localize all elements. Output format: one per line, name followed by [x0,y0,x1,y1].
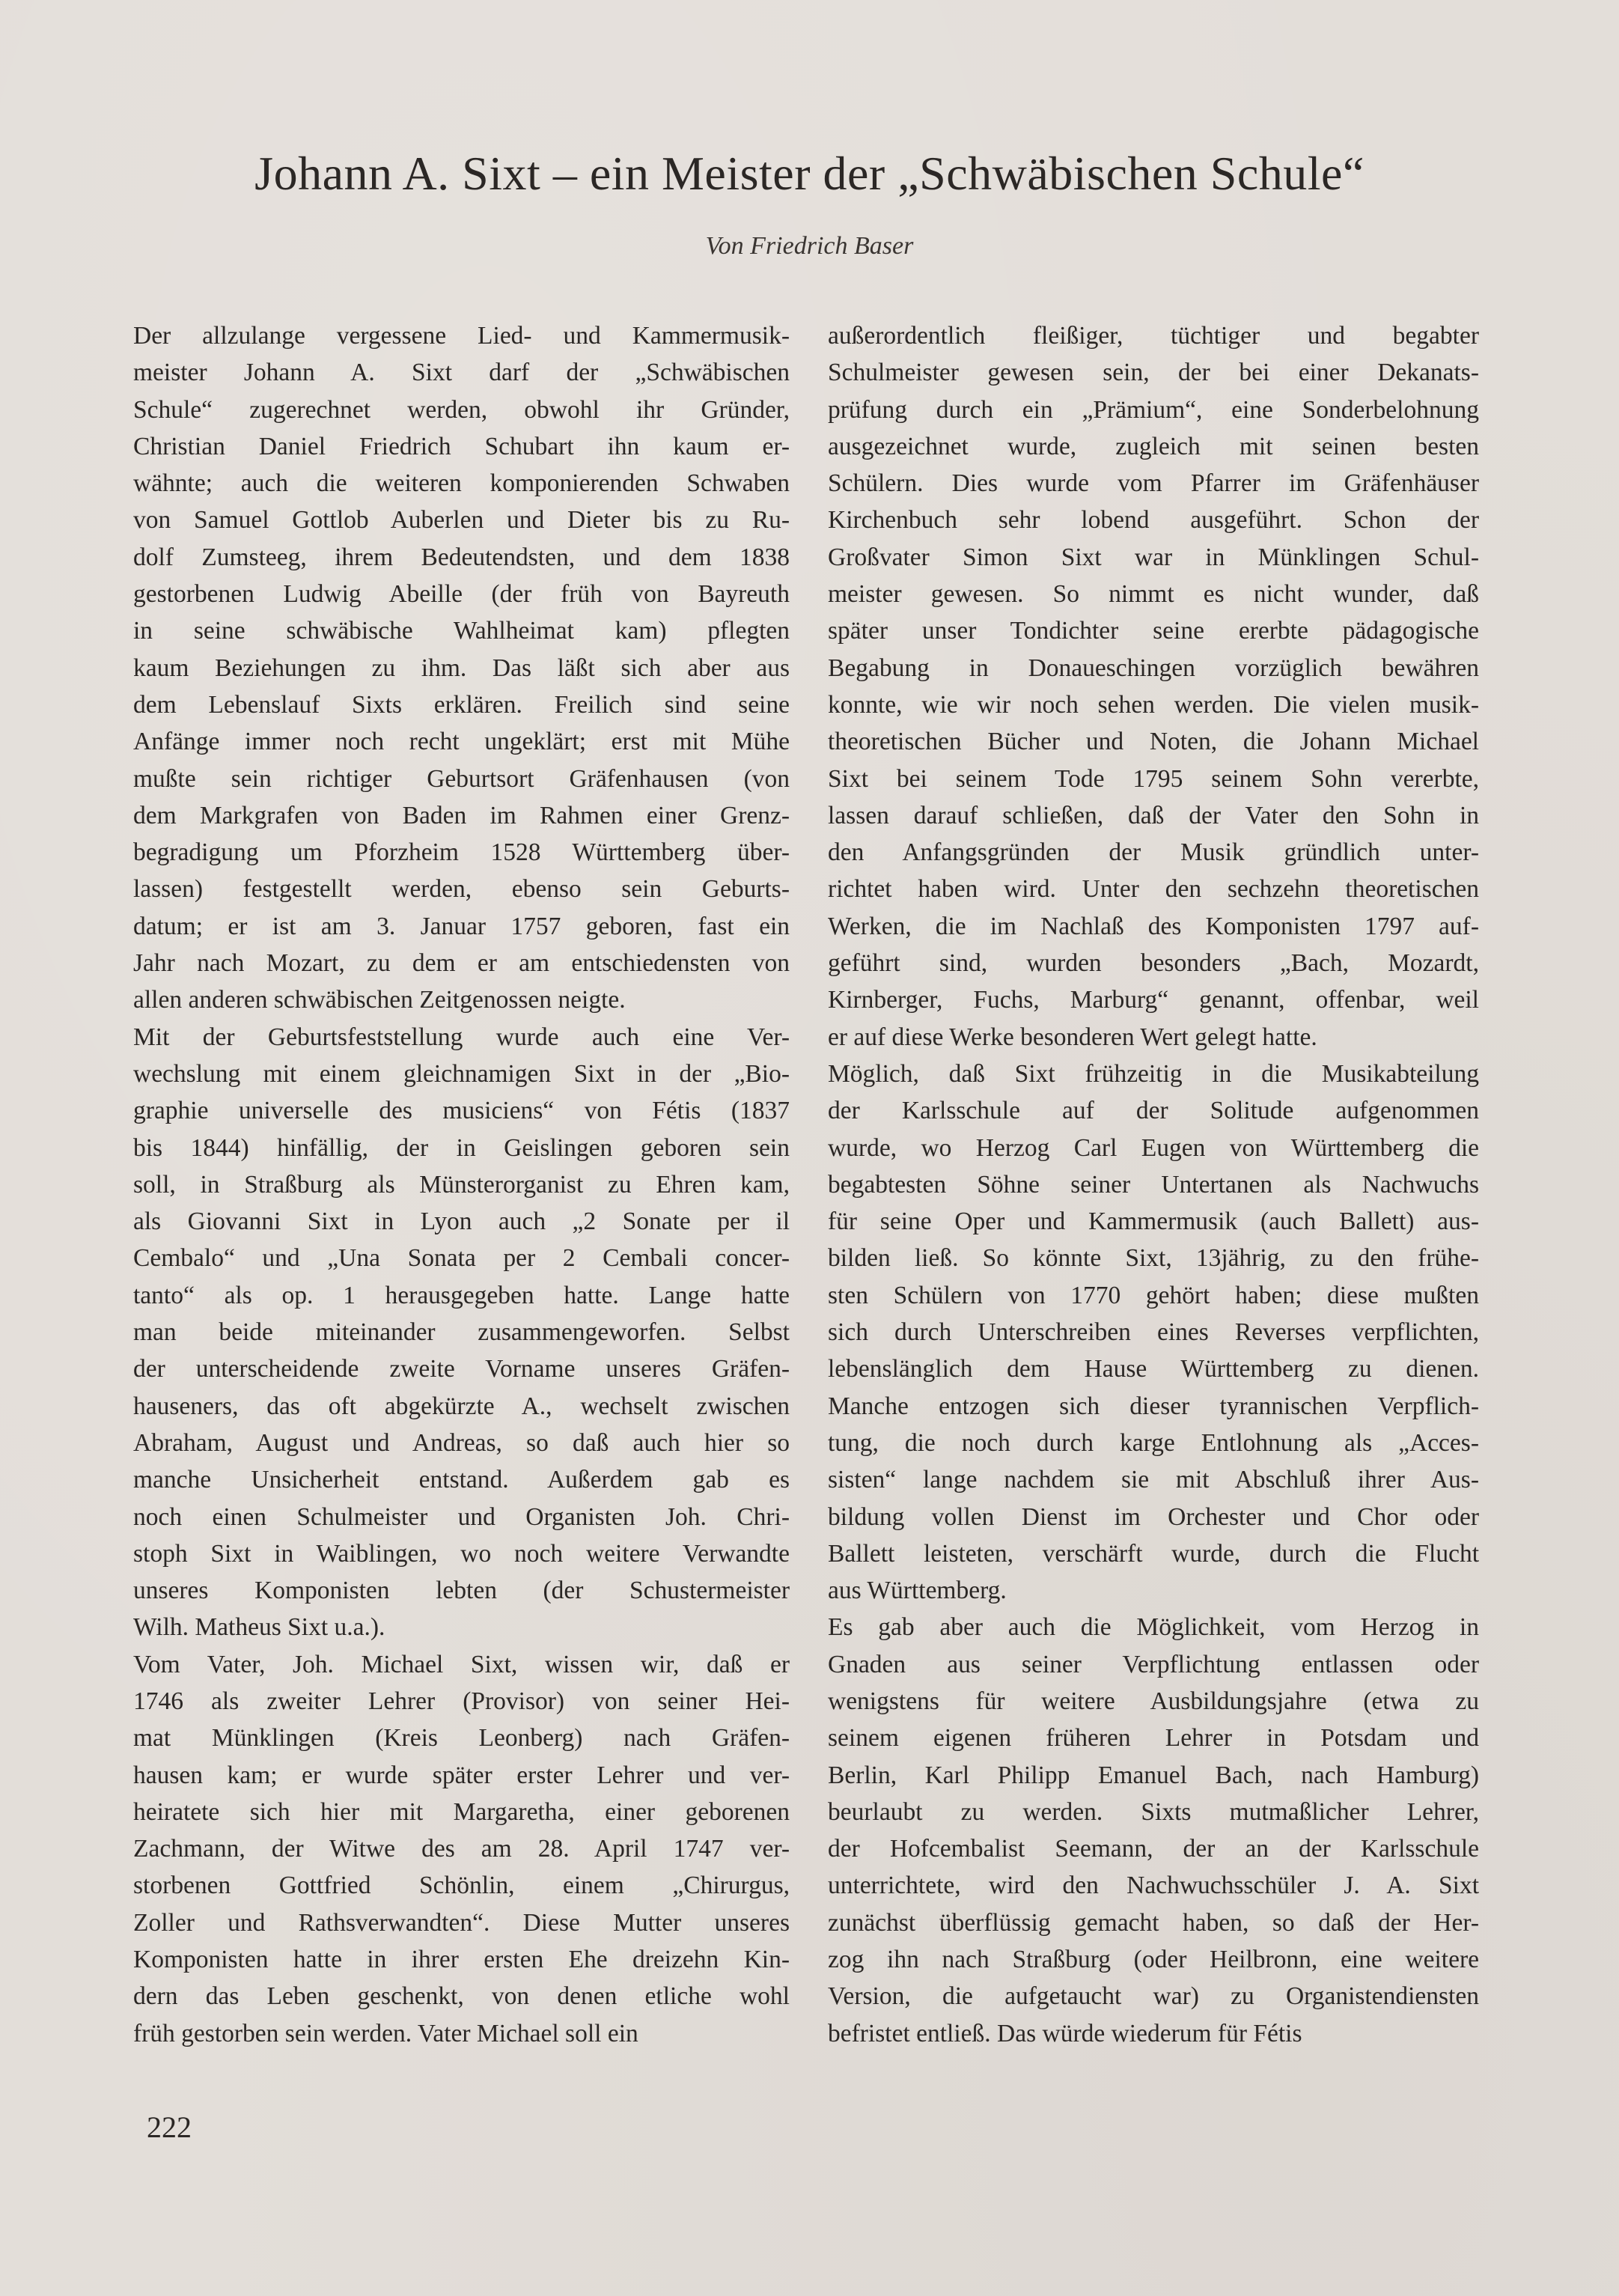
text-line: tung, die noch durch karge Entlohnung al… [828,1425,1479,1461]
text-line: er auf diese Werke besonderen Wert geleg… [828,1019,1479,1056]
text-line: später unser Tondichter seine ererbte pä… [828,612,1479,649]
paragraph: Vom Vater, Joh. Michael Sixt, wissen wir… [133,1646,790,2052]
text-line: theoretischen Bücher und Noten, die Joha… [828,723,1479,760]
text-line: storbenen Gottfried Schönlin, einem „Chi… [133,1867,790,1904]
text-line: kaum Beziehungen zu ihm. Das läßt sich a… [133,650,790,686]
left-column: Der allzulange vergessene Lied- und Kamm… [133,317,790,2052]
text-line: in seine schwäbische Wahlheimat kam) pfl… [133,612,790,649]
text-line: den Anfangsgründen der Musik gründlich u… [828,834,1479,871]
text-line: Begabung in Donaueschingen vorzüglich be… [828,650,1479,686]
text-line: allen anderen schwäbischen Zeitgenossen … [133,981,790,1018]
text-line: tanto“ als op. 1 herausgegeben hatte. La… [133,1277,790,1314]
text-line: lassen darauf schließen, daß der Vater d… [828,797,1479,834]
text-line: manche Unsicherheit entstand. Außerdem g… [133,1461,790,1498]
text-line: unterrichtete, wird den Nachwuchsschüler… [828,1867,1479,1904]
text-line: stoph Sixt in Waiblingen, wo noch weiter… [133,1535,790,1572]
text-line: meister Johann A. Sixt darf der „Schwäbi… [133,354,790,391]
text-line: Jahr nach Mozart, zu dem er am entschied… [133,945,790,981]
text-line: sten Schülern von 1770 gehört haben; die… [828,1277,1479,1314]
text-line: graphie universelle des musiciens“ von F… [133,1092,790,1129]
text-line: soll, in Straßburg als Münsterorganist z… [133,1166,790,1203]
text-line: außerordentlich fleißiger, tüchtiger und… [828,317,1479,354]
article-title: Johann A. Sixt – ein Meister der „Schwäb… [0,144,1619,204]
text-line: Ballett leisteten, verschärft wurde, dur… [828,1535,1479,1572]
text-line: Werken, die im Nachlaß des Komponisten 1… [828,908,1479,945]
text-line: man beide miteinander zusammengeworfen. … [133,1314,790,1351]
text-line: Sixt bei seinem Tode 1795 seinem Sohn ve… [828,761,1479,797]
text-line: befristet entließ. Das würde wiederum fü… [828,2015,1479,2052]
text-line: Zachmann, der Witwe des am 28. April 174… [133,1830,790,1867]
text-line: sisten“ lange nachdem sie mit Abschluß i… [828,1461,1479,1498]
text-line: Kirchenbuch sehr lobend ausgeführt. Scho… [828,502,1479,538]
text-line: bis 1844) hinfällig, der in Geislingen g… [133,1130,790,1166]
text-line: der Karlsschule auf der Solitude aufgeno… [828,1092,1479,1129]
text-line: wurde, wo Herzog Carl Eugen von Württemb… [828,1130,1479,1166]
text-line: unseres Komponisten lebten (der Schuster… [133,1572,790,1609]
text-line: Cembalo“ und „Una Sonata per 2 Cembali c… [133,1240,790,1276]
text-line: aus Württemberg. [828,1572,1479,1609]
text-line: mat Münklingen (Kreis Leonberg) nach Grä… [133,1720,790,1756]
text-line: Schule“ zugerechnet werden, obwohl ihr G… [133,392,790,428]
right-column: außerordentlich fleißiger, tüchtiger und… [828,317,1479,2052]
text-line: bilden ließ. So könnte Sixt, 13jährig, z… [828,1240,1479,1276]
text-line: Mit der Geburtsfeststellung wurde auch e… [133,1019,790,1056]
text-line: Schülern. Dies wurde vom Pfarrer im Gräf… [828,465,1479,502]
text-line: Berlin, Karl Philipp Emanuel Bach, nach … [828,1757,1479,1794]
text-line: Komponisten hatte in ihrer ersten Ehe dr… [133,1941,790,1978]
text-line: von Samuel Gottlob Auberlen und Dieter b… [133,502,790,538]
text-line: noch einen Schulmeister und Organisten J… [133,1499,790,1535]
text-line: sich durch Unterschreiben eines Reverses… [828,1314,1479,1351]
text-line: prüfung durch ein „Prämium“, eine Sonder… [828,392,1479,428]
text-line: dern das Leben geschenkt, von denen etli… [133,1978,790,2015]
text-line: früh gestorben sein werden. Vater Michae… [133,2015,790,2052]
text-line: dem Markgrafen von Baden im Rahmen einer… [133,797,790,834]
text-line: der Hofcembalist Seemann, der an der Kar… [828,1830,1479,1867]
text-line: Großvater Simon Sixt war in Münklingen S… [828,539,1479,576]
text-line: Version, die aufgetaucht war) zu Organis… [828,1978,1479,2015]
text-line: 1746 als zweiter Lehrer (Provisor) von s… [133,1683,790,1720]
text-line: Abraham, August und Andreas, so daß auch… [133,1425,790,1461]
text-line: als Giovanni Sixt in Lyon auch „2 Sonate… [133,1203,790,1240]
text-line: lassen) festgestellt werden, ebenso sein… [133,871,790,907]
text-line: zog ihn nach Straßburg (oder Heilbronn, … [828,1941,1479,1978]
text-line: begradigung um Pforzheim 1528 Württember… [133,834,790,871]
text-line: Schulmeister gewesen sein, der bei einer… [828,354,1479,391]
text-line: geführt sind, wurden besonders „Bach, Mo… [828,945,1479,981]
text-line: Der allzulange vergessene Lied- und Kamm… [133,317,790,354]
text-line: wechslung mit einem gleichnamigen Sixt i… [133,1056,790,1092]
text-line: dem Lebenslauf Sixts erklären. Freilich … [133,686,790,723]
paragraph: außerordentlich fleißiger, tüchtiger und… [828,317,1479,1056]
text-line: Anfänge immer noch recht ungeklärt; erst… [133,723,790,760]
text-line: wähnte; auch die weiteren komponierenden… [133,465,790,502]
text-line: lebenslänglich dem Hause Württemberg zu … [828,1351,1479,1387]
text-line: Es gab aber auch die Möglichkeit, vom He… [828,1609,1479,1645]
text-line: konnte, wie wir noch sehen werden. Die v… [828,686,1479,723]
text-line: zunächst überflüssig gemacht haben, so d… [828,1904,1479,1941]
text-line: der unterscheidende zweite Vorname unser… [133,1351,790,1387]
text-line: beurlaubt zu werden. Sixts mutmaßlicher … [828,1794,1479,1830]
text-line: Wilh. Matheus Sixt u.a.). [133,1609,790,1645]
paragraph: Möglich, daß Sixt frühzeitig in die Musi… [828,1056,1479,1609]
text-line: Christian Daniel Friedrich Schubart ihn … [133,428,790,465]
text-line: gestorbenen Ludwig Abeille (der früh von… [133,576,790,612]
text-line: Vom Vater, Joh. Michael Sixt, wissen wir… [133,1646,790,1683]
text-line: datum; er ist am 3. Januar 1757 geboren,… [133,908,790,945]
text-line: dolf Zumsteeg, ihrem Bedeutendsten, und … [133,539,790,576]
text-line: meister gewesen. So nimmt es nicht wunde… [828,576,1479,612]
text-line: Gnaden aus seiner Verpflichtung entlasse… [828,1646,1479,1683]
text-line: Zoller und Rathsverwandten“. Diese Mutte… [133,1904,790,1941]
text-line: Kirnberger, Fuchs, Marburg“ genannt, off… [828,981,1479,1018]
text-line: begabtesten Söhne seiner Untertanen als … [828,1166,1479,1203]
article-byline: Von Friedrich Baser [0,232,1619,261]
text-line: seinem eigenen früheren Lehrer in Potsda… [828,1720,1479,1756]
paragraph: Es gab aber auch die Möglichkeit, vom He… [828,1609,1479,2052]
text-line: ausgezeichnet wurde, zugleich mit seinen… [828,428,1479,465]
text-line: hauseners, das oft abgekürzte A., wechse… [133,1388,790,1425]
document-page: Johann A. Sixt – ein Meister der „Schwäb… [0,0,1619,2296]
text-line: richtet haben wird. Unter den sechzehn t… [828,871,1479,907]
text-line: wenigstens für weitere Ausbildungsjahre … [828,1683,1479,1720]
text-line: bildung vollen Dienst im Orchester und C… [828,1499,1479,1535]
text-line: für seine Oper und Kammermusik (auch Bal… [828,1203,1479,1240]
paragraph: Mit der Geburtsfeststellung wurde auch e… [133,1019,790,1646]
text-line: Möglich, daß Sixt frühzeitig in die Musi… [828,1056,1479,1092]
paragraph: Der allzulange vergessene Lied- und Kamm… [133,317,790,1019]
page-number: 222 [147,2110,192,2145]
text-line: heiratete sich hier mit Margaretha, eine… [133,1794,790,1830]
text-line: mußte sein richtiger Geburtsort Gräfenha… [133,761,790,797]
text-line: hausen kam; er wurde später erster Lehre… [133,1757,790,1794]
text-line: Manche entzogen sich dieser tyrannischen… [828,1388,1479,1425]
